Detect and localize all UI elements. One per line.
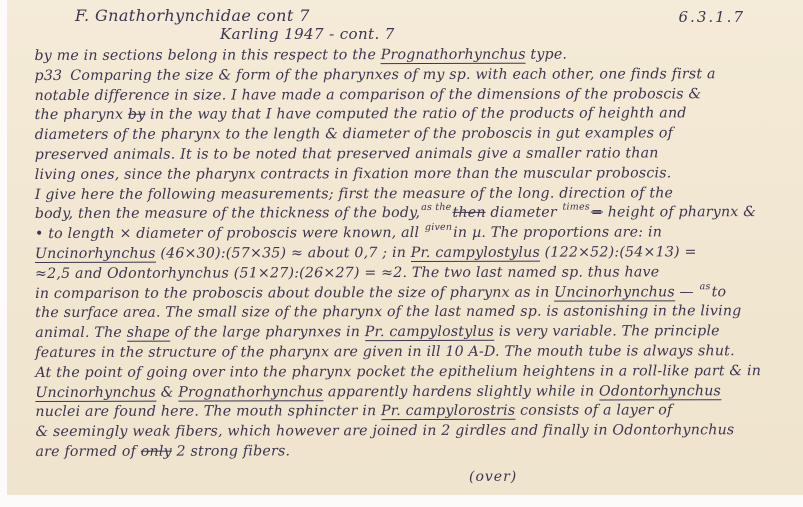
handwritten-text: (46×30):(57×35) ≈ about 0,7 ; in [156,245,411,262]
underlined-text: Pr. campylorostris [381,403,515,420]
manuscript-line: by me in sections belong in this respect… [34,45,794,67]
handwritten-text: are formed of [35,444,140,460]
manuscript-line: nuclei are found here. The mouth sphinct… [35,401,795,423]
handwritten-text: the pharynx [35,107,128,123]
handwritten-text: of the large pharynxes in [170,324,365,341]
handwritten-text: the surface area. The small size of the … [35,304,741,322]
handwritten-text: body, then the measure of the thickness … [35,205,420,222]
handwritten-text: At the point of going over into the phar… [35,363,761,381]
inserted-text: as [700,282,711,291]
manuscript-line: features in the structure of the pharynx… [35,342,795,364]
manuscript-line: preserved animals. It is to be noted tha… [35,144,795,166]
underlined-text: Uncinorhynchus [554,284,675,301]
handwritten-text: animal. The [35,325,127,341]
margin-note: p33 [35,68,63,84]
handwritten-text: apparently hardens slightly while in [323,383,599,400]
underlined-text: Uncinorhynchus [35,384,156,401]
manuscript-line: the pharynx by in the way that I have co… [35,104,795,126]
handwritten-text: ≈2,5 and Odontorhynchus (51×27):(26×27) … [35,264,659,282]
inserted-text: times [562,203,589,212]
handwritten-text: in µ. The proportions are: in [453,225,662,242]
underlined-text: Pr. campylostylus [411,245,540,262]
scan-bottom-edge [0,495,803,507]
handwritten-text: in comparison to the proboscis about dou… [35,284,554,301]
manuscript-line: animal. The shape of the large pharynxes… [35,322,795,344]
struck-text: = [591,205,603,221]
manuscript-line: Uncinorhynchus & Prognathorhynchus appar… [35,382,795,404]
underlined-text: Uncinorhynchus [35,246,156,263]
handwritten-text: type. [526,47,567,63]
handwritten-text: — [675,284,699,300]
manuscript-line: p33Comparing the size & form of the phar… [35,65,795,87]
manuscript-line: Uncinorhynchus (46×30):(57×35) ≈ about 0… [35,243,795,265]
handwritten-text: & seemingly weak fibers, which however a… [35,422,734,440]
handwritten-text: 2 strong fibers. [172,443,290,459]
handwritten-text: features in the structure of the pharynx… [35,343,735,361]
manuscript-line: ≈2,5 and Odontorhynchus (51×27):(26×27) … [35,263,795,285]
handwritten-text: preserved animals. It is to be noted tha… [35,145,659,163]
underlined-text: Odontorhynchus [599,383,721,400]
handwritten-text: I give here the following measurements; … [35,185,673,203]
manuscript-line: diameters of the pharynx to the length &… [35,124,795,146]
struck-text: by [128,107,146,123]
handwritten-text: height of pharynx & [603,204,756,220]
manuscript-line: body, then the measure of the thickness … [35,203,795,225]
handwritten-text: & [156,384,178,400]
inserted-text: given [425,223,452,232]
handwritten-text: diameters of the pharynx to the length &… [35,126,673,144]
handwritten-text: nuclei are found here. The mouth sphinct… [35,403,381,420]
handwritten-text: notable difference in size. I have made … [35,86,702,104]
manuscript-line: notable difference in size. I have made … [35,85,795,107]
scan-left-edge [0,0,7,507]
underlined-text: Prognathorhynchus [178,384,323,401]
handwritten-text: (122×52):(54×13) = [540,244,697,260]
handwritten-text: • to length × diameter of proboscis were… [35,225,424,242]
handwritten-text: living ones, since the pharynx contracts… [35,165,672,183]
reference-number: 6.3.1.7 [679,8,745,26]
over-note: (over) [469,469,517,485]
handwritten-text: diameter [486,205,562,221]
manuscript-line: & seemingly weak fibers, which however a… [35,421,795,443]
manuscript-line: living ones, since the pharynx contracts… [35,164,795,186]
handwritten-text: to [712,284,727,300]
struck-text: only [141,444,172,460]
inserted-text: as the [421,203,451,212]
manuscript-line: in comparison to the proboscis about dou… [35,283,795,305]
handwritten-text: by me in sections belong in this respect… [34,47,380,64]
struck-text: then [452,205,485,221]
manuscript-line: the surface area. The small size of the … [35,302,795,324]
manuscript-line: are formed of only 2 strong fibers. [35,441,795,463]
handwritten-text: consists of a layer of [515,403,672,419]
manuscript-line: I give here the following measurements; … [35,184,795,206]
underlined-text: shape [127,325,170,342]
underlined-text: Prognathorhynchus [381,47,526,64]
handwritten-text: is very variable. The principle [494,323,720,340]
card-title: F. Gnathorhynchidae cont 7 [75,6,310,25]
underlined-text: Pr. campylostylus [365,324,494,341]
manuscript-line: At the point of going over into the phar… [35,362,795,384]
manuscript-line: • to length × diameter of proboscis were… [35,223,795,245]
manuscript-body: by me in sections belong in this respect… [34,45,795,463]
handwritten-text: Comparing the size & form of the pharynx… [70,66,715,84]
card-citation: Karling 1947 - cont. 7 [220,25,395,43]
index-card: F. Gnathorhynchidae cont 7 Karling 1947 … [7,0,803,495]
handwritten-text: in the way that I have computed the rati… [145,106,686,123]
